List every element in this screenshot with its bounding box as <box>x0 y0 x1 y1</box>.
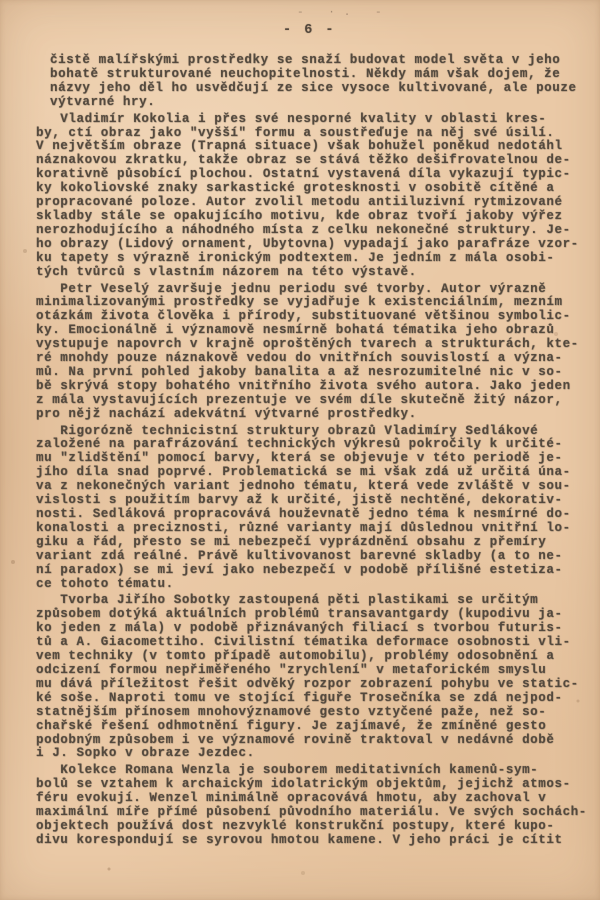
paragraph-kokolia: Vladimír Kokolia i přes své nesporné kva… <box>36 113 596 280</box>
paragraph-wenzel: Kolekce Romana Wenzla je souborem medita… <box>36 764 596 847</box>
paragraph-sedlakova: Rigorózně technicistní struktury obrazů … <box>36 425 596 592</box>
document-body: čistě malířskými prostředky se snaží bud… <box>36 54 596 851</box>
print-through-mark: - ·. - <box>297 7 391 19</box>
typewritten-page: - ·. - - 6 - čistě malířskými prostředky… <box>0 0 600 900</box>
paper-specks <box>0 0 2 2</box>
paragraph-sobotka: Tvorba Jiřího Sobotky zastoupená pěti pl… <box>36 594 596 761</box>
paragraph-continuation: čistě malířskými prostředky se snaží bud… <box>50 54 596 110</box>
paragraph-vesely: Petr Veselý završuje jednu periodu své t… <box>36 283 596 422</box>
page-number: - 6 - <box>283 23 336 38</box>
